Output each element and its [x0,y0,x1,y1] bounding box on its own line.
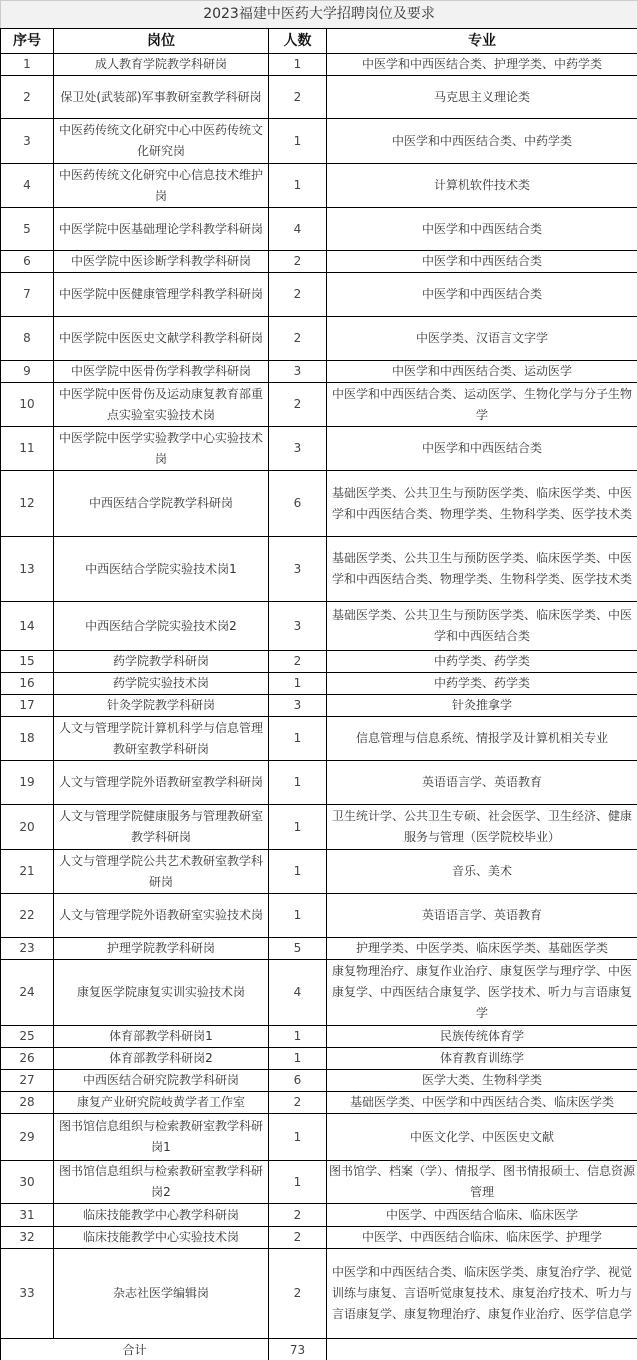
cell-major: 医学大类、生物科学类 [327,1070,637,1092]
table-row: 5中医学院中医基础理论学科教学科研岗4中医学和中西医结合类 [1,208,637,251]
table-body: 1成人教育学院教学科研岗1中医学和中西医结合类、护理学类、中药学类2保卫处(武装… [1,54,637,1339]
cell-no: 19 [1,761,54,805]
cell-count: 1 [269,1114,327,1161]
cell-count: 1 [269,1161,327,1204]
table-row: 10中医学院中医骨伤及运动康复教育部重点实验室实验技术岗2中医学和中西医结合类、… [1,383,637,427]
cell-no: 26 [1,1048,54,1070]
cell-no: 28 [1,1092,54,1114]
table-row: 26体育部教学科研岗21体育教育训练学 [1,1048,637,1070]
cell-no: 20 [1,805,54,850]
cell-major: 中医学和中西医结合类、护理学类、中药学类 [327,54,637,76]
cell-major: 针灸推拿学 [327,695,637,717]
cell-position: 人文与管理学院计算机科学与信息管理教研室教学科研岗 [54,717,269,761]
cell-count: 2 [269,383,327,427]
cell-position: 成人教育学院教学科研岗 [54,54,269,76]
cell-major: 图书馆学、档案（学）、情报学、图书情报硕士、信息资源管理 [327,1161,637,1204]
cell-major: 中医学和中西医结合类、运动医学、生物化学与分子生物学 [327,383,637,427]
table-row: 22人文与管理学院外语教研室实验技术岗1英语语言学、英语教育 [1,894,637,938]
table-row: 2保卫处(武装部)军事教研室教学科研岗2马克思主义理论类 [1,76,637,119]
table-row: 28康复产业研究院岐黄学者工作室2基础医学类、中医学和中西医结合类、临床医学类 [1,1092,637,1114]
cell-position: 中医学院中医骨伤学科教学科研岗 [54,361,269,383]
cell-no: 7 [1,273,54,317]
cell-no: 25 [1,1026,54,1048]
cell-no: 9 [1,361,54,383]
cell-count: 6 [269,1070,327,1092]
cell-no: 23 [1,938,54,960]
cell-major: 基础医学类、公共卫生与预防医学类、临床医学类、中医学和中西医结合类 [327,602,637,651]
cell-position: 临床技能教学中心实验技术岗 [54,1227,269,1249]
cell-position: 中西医结合学院实验技术岗2 [54,602,269,651]
table-row: 21人文与管理学院公共艺术教研室教学科研岗1音乐、美术 [1,850,637,894]
cell-count: 1 [269,119,327,164]
cell-no: 18 [1,717,54,761]
table-row: 18人文与管理学院计算机科学与信息管理教研室教学科研岗1信息管理与信息系统、情报… [1,717,637,761]
table-row: 33杂志社医学编辑岗2中医学和中西医结合类、临床医学类、康复治疗学、视觉训练与康… [1,1249,637,1339]
cell-major: 英语语言学、英语教育 [327,761,637,805]
table-row: 29图书馆信息组织与检索教研室教学科研岗11中医文化学、中医医史文献 [1,1114,637,1161]
cell-no: 29 [1,1114,54,1161]
cell-position: 人文与管理学院公共艺术教研室教学科研岗 [54,850,269,894]
cell-position: 中医学院中医骨伤及运动康复教育部重点实验室实验技术岗 [54,383,269,427]
table-row: 14中西医结合学院实验技术岗23基础医学类、公共卫生与预防医学类、临床医学类、中… [1,602,637,651]
cell-count: 1 [269,850,327,894]
cell-no: 32 [1,1227,54,1249]
cell-count: 1 [269,673,327,695]
table-row: 27中西医结合研究院教学科研岗6医学大类、生物科学类 [1,1070,637,1092]
table-row: 9中医学院中医骨伤学科教学科研岗3中医学和中西医结合类、运动医学 [1,361,637,383]
cell-no: 3 [1,119,54,164]
header-major: 专业 [327,29,637,54]
cell-major: 中医学类、汉语言文字学 [327,317,637,361]
cell-no: 14 [1,602,54,651]
table-row: 25体育部教学科研岗11民族传统体育学 [1,1026,637,1048]
cell-position: 护理学院教学科研岗 [54,938,269,960]
cell-position: 保卫处(武装部)军事教研室教学科研岗 [54,76,269,119]
recruitment-table: 2023福建中医药大学招聘岗位及要求 序号 岗位 人数 专业 1成人教育学院教学… [0,0,637,1360]
header-count: 人数 [269,29,327,54]
cell-position: 中西医结合研究院教学科研岗 [54,1070,269,1092]
table-title: 2023福建中医药大学招聘岗位及要求 [1,1,637,29]
table-row: 13中西医结合学院实验技术岗13基础医学类、公共卫生与预防医学类、临床医学类、中… [1,537,637,602]
cell-no: 15 [1,651,54,673]
cell-count: 1 [269,1026,327,1048]
cell-position: 体育部教学科研岗2 [54,1048,269,1070]
cell-position: 中医学院中医基础理论学科教学科研岗 [54,208,269,251]
total-row: 合计 73 [1,1339,637,1360]
cell-position: 康复产业研究院岐黄学者工作室 [54,1092,269,1114]
cell-position: 中医学院中医学实验教学中心实验技术岗 [54,427,269,471]
table-row: 4中医药传统文化研究中心信息技术维护岗1计算机软件技术类 [1,164,637,208]
cell-position: 中医学院中医医史文献学科教学科研岗 [54,317,269,361]
table-row: 6中医学院中医诊断学科教学科研岗2中医学和中西医结合类 [1,251,637,273]
cell-major: 民族传统体育学 [327,1026,637,1048]
cell-count: 3 [269,537,327,602]
cell-position: 图书馆信息组织与检索教研室教学科研岗2 [54,1161,269,1204]
cell-count: 2 [269,251,327,273]
cell-position: 人文与管理学院外语教研室实验技术岗 [54,894,269,938]
cell-count: 2 [269,1227,327,1249]
cell-position: 人文与管理学院健康服务与管理教研室教学科研岗 [54,805,269,850]
cell-no: 22 [1,894,54,938]
table-row: 17针灸学院教学科研岗3针灸推拿学 [1,695,637,717]
cell-count: 2 [269,317,327,361]
total-major [327,1339,637,1360]
cell-count: 1 [269,164,327,208]
cell-major: 信息管理与信息系统、情报学及计算机相关专业 [327,717,637,761]
cell-no: 24 [1,960,54,1026]
cell-major: 卫生统计学、公共卫生专硕、社会医学、卫生经济、健康服务与管理（医学院校毕业） [327,805,637,850]
cell-count: 6 [269,471,327,537]
total-label: 合计 [1,1339,269,1360]
cell-no: 10 [1,383,54,427]
table-row: 1成人教育学院教学科研岗1中医学和中西医结合类、护理学类、中药学类 [1,54,637,76]
cell-count: 2 [269,76,327,119]
total-count: 73 [269,1339,327,1360]
table-row: 23护理学院教学科研岗5护理学类、中医学类、临床医学类、基础医学类 [1,938,637,960]
header-position: 岗位 [54,29,269,54]
table-row: 16药学院实验技术岗1中药学类、药学类 [1,673,637,695]
cell-no: 8 [1,317,54,361]
table-row: 15药学院教学科研岗2中药学类、药学类 [1,651,637,673]
cell-no: 16 [1,673,54,695]
table-row: 31临床技能教学中心教学科研岗2中医学、中西医结合临床、临床医学 [1,1204,637,1227]
cell-major: 护理学类、中医学类、临床医学类、基础医学类 [327,938,637,960]
cell-major: 中医学和中西医结合类、运动医学 [327,361,637,383]
cell-major: 音乐、美术 [327,850,637,894]
table-row: 30图书馆信息组织与检索教研室教学科研岗21图书馆学、档案（学）、情报学、图书情… [1,1161,637,1204]
cell-major: 基础医学类、中医学和中西医结合类、临床医学类 [327,1092,637,1114]
cell-major: 中医学和中西医结合类、临床医学类、康复治疗学、视觉训练与康复、言语听觉康复技术、… [327,1249,637,1339]
cell-count: 1 [269,1048,327,1070]
cell-count: 2 [269,273,327,317]
cell-count: 1 [269,717,327,761]
cell-no: 1 [1,54,54,76]
cell-major: 体育教育训练学 [327,1048,637,1070]
cell-count: 3 [269,695,327,717]
cell-no: 21 [1,850,54,894]
cell-major: 中医学和中西医结合类 [327,208,637,251]
cell-major: 中医学、中西医结合临床、临床医学 [327,1204,637,1227]
cell-major: 中医学和中西医结合类 [327,273,637,317]
cell-no: 2 [1,76,54,119]
cell-count: 1 [269,894,327,938]
cell-major: 中医学、中西医结合临床、临床医学、护理学 [327,1227,637,1249]
table-row: 24康复医学院康复实训实验技术岗4康复物理治疗、康复作业治疗、康复医学与理疗学、… [1,960,637,1026]
cell-position: 中医药传统文化研究中心信息技术维护岗 [54,164,269,208]
header-row: 序号 岗位 人数 专业 [1,29,637,54]
header-no: 序号 [1,29,54,54]
cell-count: 4 [269,208,327,251]
cell-no: 6 [1,251,54,273]
cell-no: 17 [1,695,54,717]
cell-major: 中医学和中西医结合类 [327,251,637,273]
cell-count: 1 [269,761,327,805]
cell-count: 3 [269,602,327,651]
cell-no: 31 [1,1204,54,1227]
cell-position: 临床技能教学中心教学科研岗 [54,1204,269,1227]
cell-count: 2 [269,1204,327,1227]
cell-no: 33 [1,1249,54,1339]
table-row: 20人文与管理学院健康服务与管理教研室教学科研岗1卫生统计学、公共卫生专硕、社会… [1,805,637,850]
cell-position: 图书馆信息组织与检索教研室教学科研岗1 [54,1114,269,1161]
cell-major: 康复物理治疗、康复作业治疗、康复医学与理疗学、中医康复学、中西医结合康复学、医学… [327,960,637,1026]
cell-no: 11 [1,427,54,471]
cell-no: 30 [1,1161,54,1204]
table-row: 3中医药传统文化研究中心中医药传统文化研究岗1中医学和中西医结合类、中药学类 [1,119,637,164]
cell-no: 12 [1,471,54,537]
table-row: 32临床技能教学中心实验技术岗2中医学、中西医结合临床、临床医学、护理学 [1,1227,637,1249]
cell-major: 中医学和中西医结合类 [327,427,637,471]
cell-no: 27 [1,1070,54,1092]
cell-position: 中医药传统文化研究中心中医药传统文化研究岗 [54,119,269,164]
cell-position: 人文与管理学院外语教研室教学科研岗 [54,761,269,805]
cell-count: 2 [269,1092,327,1114]
cell-no: 4 [1,164,54,208]
cell-count: 1 [269,54,327,76]
cell-position: 杂志社医学编辑岗 [54,1249,269,1339]
cell-major: 中药学类、药学类 [327,651,637,673]
cell-position: 药学院实验技术岗 [54,673,269,695]
cell-count: 2 [269,1249,327,1339]
cell-position: 中西医结合学院实验技术岗1 [54,537,269,602]
cell-major: 中医学和中西医结合类、中药学类 [327,119,637,164]
cell-major: 马克思主义理论类 [327,76,637,119]
cell-position: 中西医结合学院教学科研岗 [54,471,269,537]
cell-position: 康复医学院康复实训实验技术岗 [54,960,269,1026]
cell-major: 中医文化学、中医医史文献 [327,1114,637,1161]
table-row: 11中医学院中医学实验教学中心实验技术岗3中医学和中西医结合类 [1,427,637,471]
cell-major: 基础医学类、公共卫生与预防医学类、临床医学类、中医学和中西医结合类、物理学类、生… [327,471,637,537]
cell-count: 4 [269,960,327,1026]
cell-no: 13 [1,537,54,602]
title-row: 2023福建中医药大学招聘岗位及要求 [1,1,637,29]
cell-count: 5 [269,938,327,960]
cell-position: 中医学院中医健康管理学科教学科研岗 [54,273,269,317]
cell-count: 2 [269,651,327,673]
table-row: 8中医学院中医医史文献学科教学科研岗2中医学类、汉语言文字学 [1,317,637,361]
cell-major: 英语语言学、英语教育 [327,894,637,938]
cell-major: 计算机软件技术类 [327,164,637,208]
cell-position: 针灸学院教学科研岗 [54,695,269,717]
cell-no: 5 [1,208,54,251]
table-row: 19人文与管理学院外语教研室教学科研岗1英语语言学、英语教育 [1,761,637,805]
cell-count: 3 [269,427,327,471]
cell-position: 药学院教学科研岗 [54,651,269,673]
table-row: 7中医学院中医健康管理学科教学科研岗2中医学和中西医结合类 [1,273,637,317]
cell-count: 1 [269,805,327,850]
cell-major: 中药学类、药学类 [327,673,637,695]
cell-major: 基础医学类、公共卫生与预防医学类、临床医学类、中医学和中西医结合类、物理学类、生… [327,537,637,602]
cell-position: 中医学院中医诊断学科教学科研岗 [54,251,269,273]
table-row: 12中西医结合学院教学科研岗6基础医学类、公共卫生与预防医学类、临床医学类、中医… [1,471,637,537]
cell-position: 体育部教学科研岗1 [54,1026,269,1048]
cell-count: 3 [269,361,327,383]
